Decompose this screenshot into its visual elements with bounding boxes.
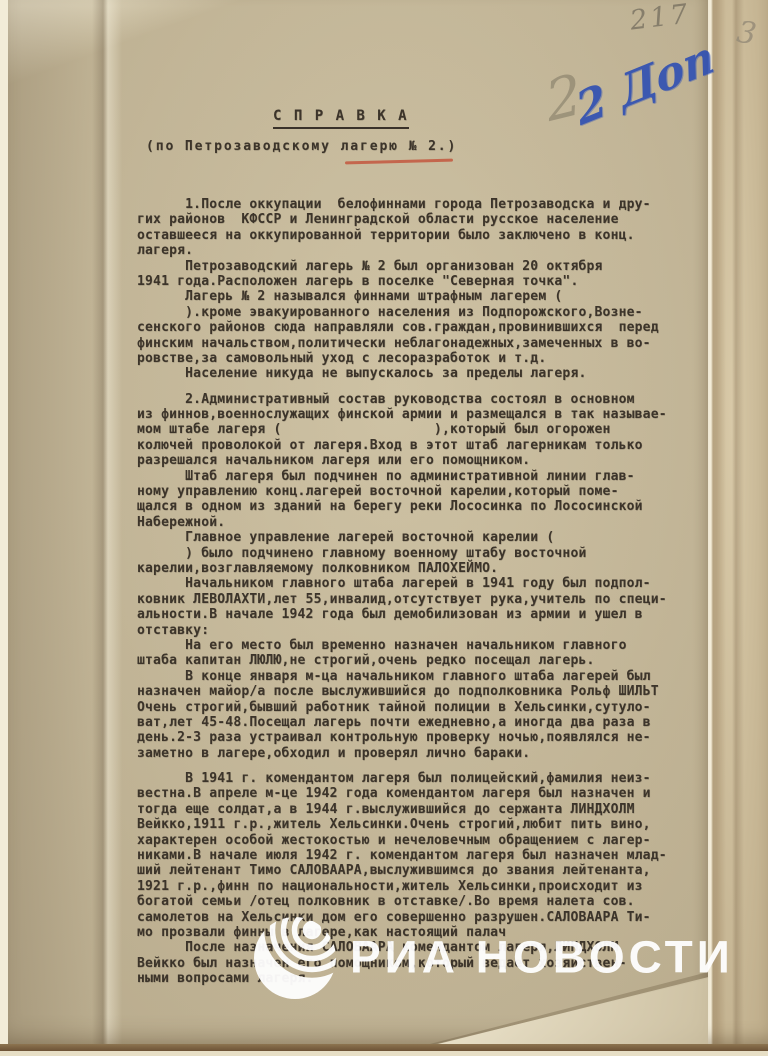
text-line: заметно в лагере,обходил и проверял личн… [137, 746, 689, 761]
text-line: Главное управление лагерей восточной кар… [137, 530, 689, 545]
text-line: день.2-3 раза устраивал контрольную пров… [137, 730, 689, 745]
text-line: штаба капитан ЛЮЛЮ,не строгий,очень редк… [137, 653, 689, 668]
text-line: ному управлению конц.лагерей восточной к… [137, 484, 689, 499]
text-line: мом штабе лагеря ( ),который был огороже… [137, 422, 689, 437]
text-line: ват,лет 45-48.Посещал лагерь почти ежедн… [137, 715, 689, 730]
text-line: ровстве,за самовольный уход с лесоразраб… [137, 351, 689, 366]
paragraph: 1.После оккупации белофиннами города Пет… [137, 197, 689, 382]
text-line: характерен особой жестокостью и нечелове… [137, 833, 689, 848]
text-line: На его место был временно назначен начал… [137, 638, 689, 653]
text-line: никами.В начале июля 1942 г. комендантом… [137, 848, 689, 863]
document-body: 1.После оккупации белофиннами города Пет… [137, 197, 689, 997]
text-line: Петрозаводский лагерь № 2 был организова… [137, 259, 689, 274]
text-line: колючей проволокой от лагеря.Вход в этот… [137, 438, 689, 453]
text-line: 1941 года.Расположен лагерь в поселке "С… [137, 274, 689, 289]
scan-bottom-strip [0, 1051, 768, 1056]
text-line: Очень строгий,бывший работник тайной пол… [137, 700, 689, 715]
text-line: 2.Административный состав руководства со… [137, 392, 689, 407]
text-line: Набережной. [137, 515, 689, 530]
document-title: С П Р А В К А [273, 108, 409, 129]
text-line: щался в одном из зданий на берегу реки Л… [137, 499, 689, 514]
text-line: В 1941 г. комендантом лагеря был полицей… [137, 771, 689, 786]
ria-novosti-logo-icon [250, 912, 340, 1002]
scan-background: 217 3 2 2 Доп С П Р А В К А (по Петрозав… [0, 0, 768, 1056]
text-line: Лагерь № 2 назывался финнами штрафным ла… [137, 289, 689, 304]
text-line: Население никуда не выпускалось за преде… [137, 366, 689, 381]
document-subtitle: (по Петрозаводскому лагерю № 2.) [146, 139, 457, 154]
text-line: лагеря. [137, 243, 689, 258]
text-line: ) было подчинено главному военному штабу… [137, 546, 689, 561]
text-line: вестна.В апреле м-це 1942 года комендант… [137, 786, 689, 801]
text-line: сенского районов сюда направляли сов.гра… [137, 320, 689, 335]
text-line: карелии,возглавляемому полковником ПАЛОХ… [137, 561, 689, 576]
watermark-text: РИА НОВОСТИ [350, 931, 734, 984]
text-line: 1921 г.р.,финн по национальности,житель … [137, 879, 689, 894]
text-line: ).кроме эвакуированного населения из Под… [137, 305, 689, 320]
text-line: 1.После оккупации белофиннами города Пет… [137, 197, 689, 212]
text-line: отставку: [137, 623, 689, 638]
text-line: из финнов,военнослужащих финской армии и… [137, 407, 689, 422]
text-line: Штаб лагеря был подчинен по администрати… [137, 469, 689, 484]
text-line: финским начальством,политически неблагон… [137, 336, 689, 351]
watermark: РИА НОВОСТИ [250, 912, 734, 1002]
adjacent-page-edge [708, 0, 768, 1044]
text-line: богатой семьи /отец полковник в отставке… [137, 894, 689, 909]
text-line: альности.В начале 1942 года был демобили… [137, 607, 689, 622]
text-line: В конце января м-ца начальником главного… [137, 669, 689, 684]
text-line: ковник ЛЕВОЛАХТИ,лет 55,инвалид,отсутств… [137, 592, 689, 607]
text-line: назначен майор/а после выслужившийся до … [137, 684, 689, 699]
text-line: оставшееся на оккупированной территории … [137, 228, 689, 243]
bottom-edge-shadow [0, 1044, 768, 1051]
text-line: Вейкко,1911 г.р.,житель Хельсинки.Очень … [137, 817, 689, 832]
paragraph: 2.Административный состав руководства со… [137, 392, 689, 761]
text-line: разрешался начальником лагеря или его по… [137, 453, 689, 468]
text-line: ший лейтенант Тимо САЛОВААРА,выслужившим… [137, 863, 689, 878]
text-line: гих районов КФССР и Ленинградской област… [137, 212, 689, 227]
text-line: Начальником главного штаба лагерей в 194… [137, 576, 689, 591]
text-line: тогда еще солдат,а в 1944 г.выслужившийс… [137, 802, 689, 817]
